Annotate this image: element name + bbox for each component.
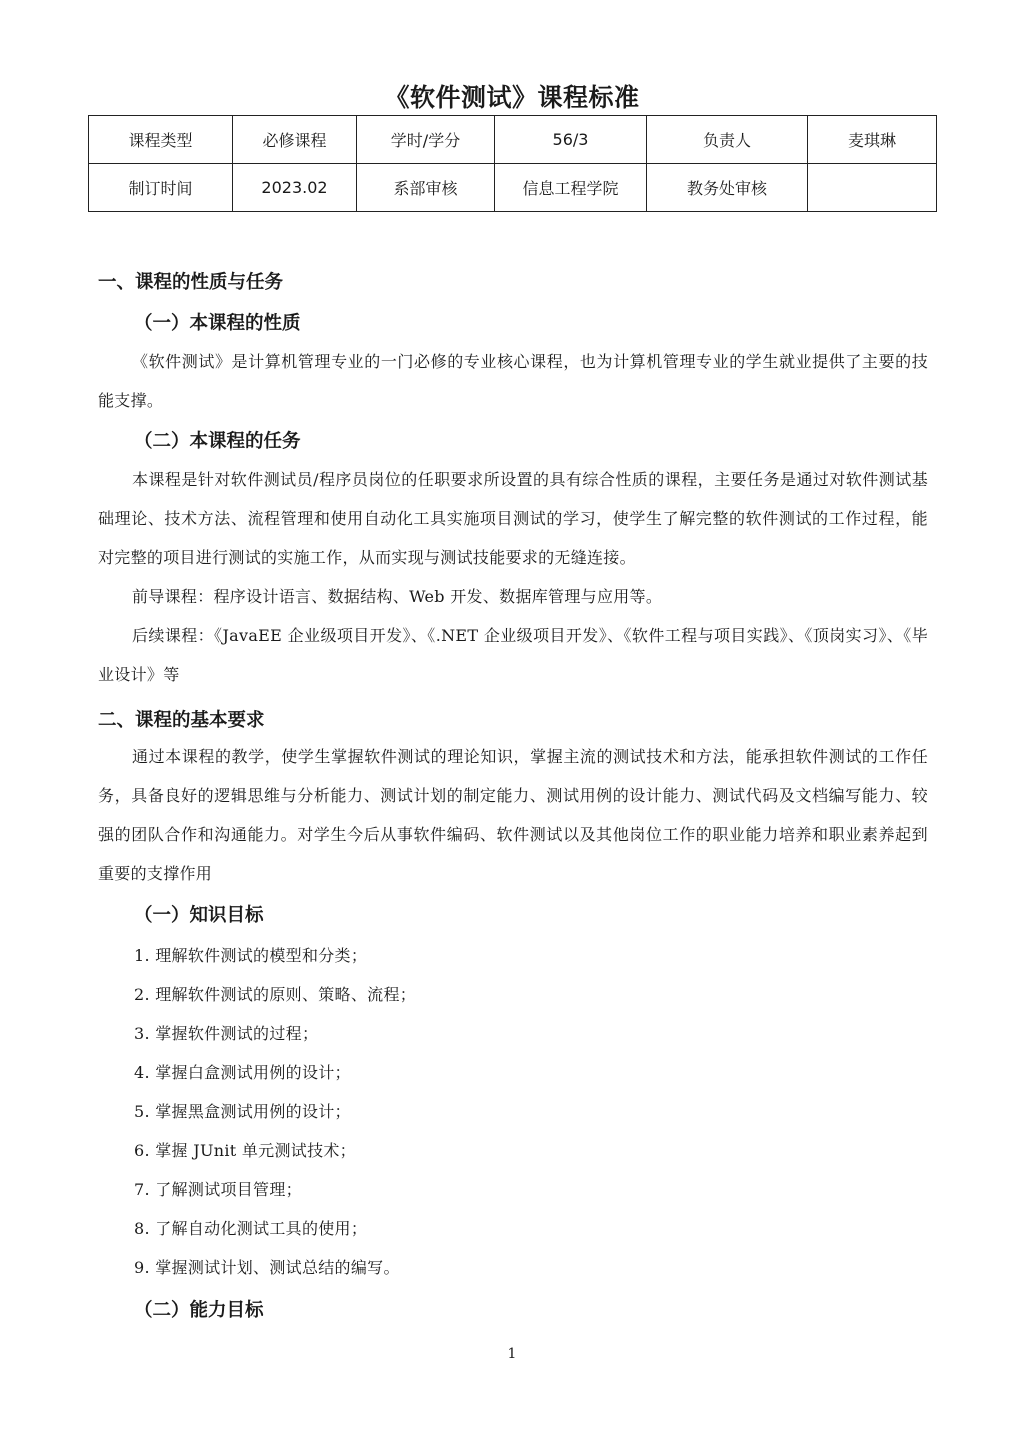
cell-date-label: 制订时间 <box>89 164 233 212</box>
cell-course-type-value: 必修课程 <box>233 116 357 164</box>
section-heading-2: 二、课程的基本要求 <box>98 706 265 732</box>
course-info-table: 课程类型 必修课程 学时/学分 56/3 负责人 麦琪琳 制订时间 2023.0… <box>88 115 937 212</box>
list-item: 6. 掌握 JUnit 单元测试技术； <box>134 1138 356 1161</box>
table-row: 制订时间 2023.02 系部审核 信息工程学院 教务处审核 <box>89 164 937 212</box>
paragraph-nature: 《软件测试》是计算机管理专业的一门必修的专业核心课程，也为计算机管理专业的学生就… <box>98 342 928 420</box>
list-item: 1. 理解软件测试的模型和分类； <box>134 943 367 966</box>
subsection-heading-2-1: （一）知识目标 <box>134 901 264 927</box>
list-item: 2. 理解软件测试的原则、策略、流程； <box>134 982 416 1005</box>
paragraph-task: 本课程是针对软件测试员/程序员岗位的任职要求所设置的具有综合性质的课程，主要任务… <box>98 460 928 577</box>
cell-academic-review-value <box>808 164 937 212</box>
list-item: 5. 掌握黑盒测试用例的设计； <box>134 1099 351 1122</box>
section-heading-1: 一、课程的性质与任务 <box>98 268 283 294</box>
cell-academic-review-label: 教务处审核 <box>647 164 808 212</box>
table-row: 课程类型 必修课程 学时/学分 56/3 负责人 麦琪琳 <box>89 116 937 164</box>
paragraph-follow-up: 后续课程：《JavaEE 企业级项目开发》、《.NET 企业级项目开发》、《软件… <box>98 616 928 694</box>
cell-dept-review-label: 系部审核 <box>357 164 495 212</box>
cell-date-value: 2023.02 <box>233 164 357 212</box>
list-item: 8. 了解自动化测试工具的使用； <box>134 1216 367 1239</box>
paragraph-requirements: 通过本课程的教学，使学生掌握软件测试的理论知识，掌握主流的测试技术和方法，能承担… <box>98 737 928 893</box>
subsection-heading-1-2: （二）本课程的任务 <box>134 427 301 453</box>
cell-course-type-label: 课程类型 <box>89 116 233 164</box>
cell-owner-value: 麦琪琳 <box>808 116 937 164</box>
paragraph-prerequisites: 前导课程：程序设计语言、数据结构、Web 开发、数据库管理与应用等。 <box>98 577 928 616</box>
cell-dept-review-value: 信息工程学院 <box>495 164 647 212</box>
cell-hours-credits-value: 56/3 <box>495 116 647 164</box>
subsection-heading-1-1: （一）本课程的性质 <box>134 309 301 335</box>
page-title: 《软件测试》课程标准 <box>0 78 1024 114</box>
page-number: 1 <box>0 1346 1024 1362</box>
list-item: 7. 了解测试项目管理； <box>134 1177 302 1200</box>
cell-owner-label: 负责人 <box>647 116 808 164</box>
subsection-heading-2-2: （二）能力目标 <box>134 1296 264 1322</box>
list-item: 9. 掌握测试计划、测试总结的编写。 <box>134 1255 400 1278</box>
list-item: 4. 掌握白盒测试用例的设计； <box>134 1060 351 1083</box>
list-item: 3. 掌握软件测试的过程； <box>134 1021 318 1044</box>
cell-hours-credits-label: 学时/学分 <box>357 116 495 164</box>
